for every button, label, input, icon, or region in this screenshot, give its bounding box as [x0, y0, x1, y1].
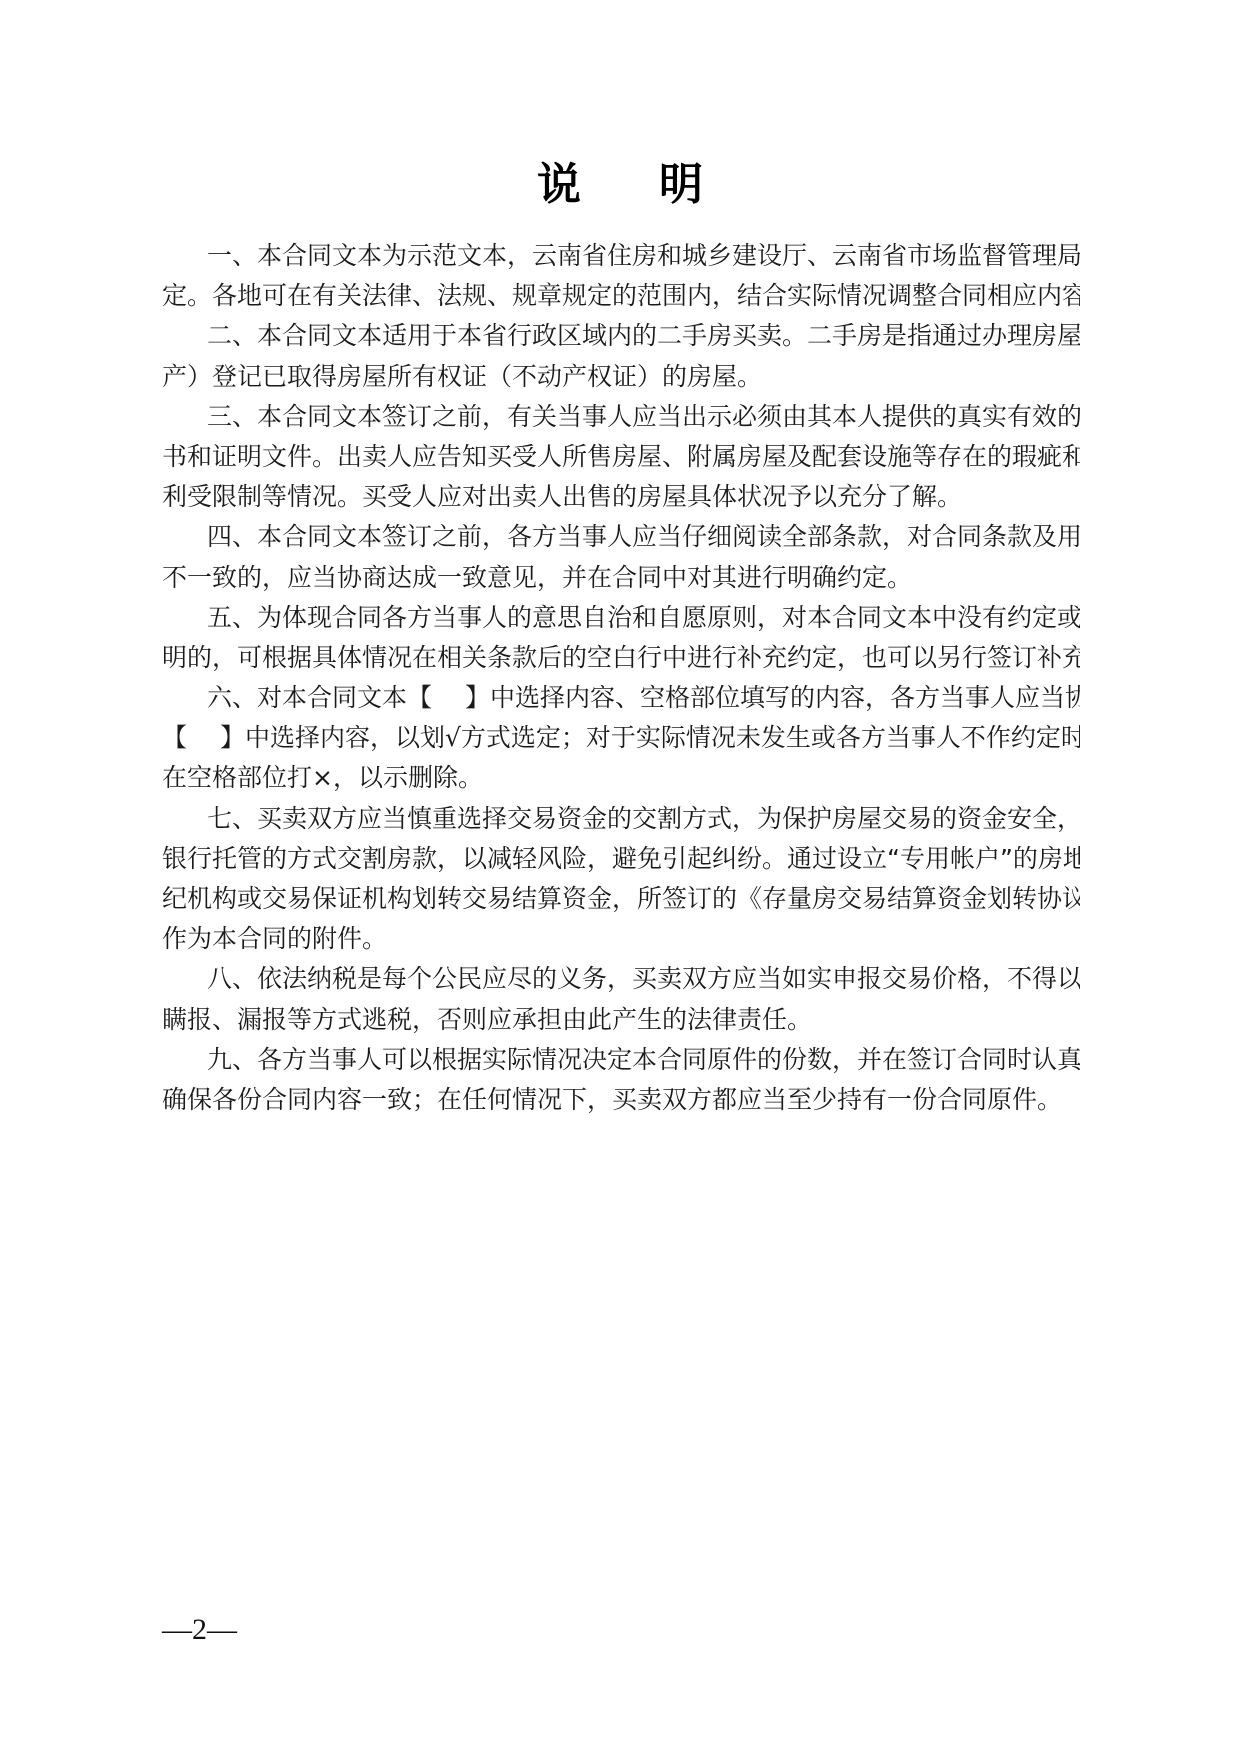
title-char-1: 说: [537, 159, 581, 210]
paragraph-line: 利受限制等情况。买受人应对出卖人出售的房屋具体状况予以充分了解。: [162, 477, 1080, 517]
paragraph-line: 作为本合同的附件。: [162, 919, 1080, 959]
paragraph-1: 一、本合同文本为示范文本，云南省住房和城乡建设厅、云南省市场监督管理局共同制 定…: [162, 236, 1080, 316]
paragraph-line: 六、对本合同文本【 】中选择内容、空格部位填写的内容，各方当事人应当协商确定。: [162, 678, 1080, 718]
paragraph-line: 四、本合同文本签订之前，各方当事人应当仔细阅读全部条款，对合同条款及用词理解: [162, 517, 1080, 557]
document-page: 说明 一、本合同文本为示范文本，云南省住房和城乡建设厅、云南省市场监督管理局共同…: [0, 0, 1240, 1754]
paragraph-line: 七、买卖双方应当慎重选择交易资金的交割方式，为保护房屋交易的资金安全，可选择: [162, 799, 1080, 839]
paragraph-line: 三、本合同文本签订之前，有关当事人应当出示必须由其本人提供的真实有效的有关证: [162, 397, 1080, 437]
paragraph-8: 八、依法纳税是每个公民应尽的义务，买卖双方应当如实申报交易价格，不得以低报、 瞒…: [162, 959, 1080, 1039]
paragraph-5: 五、为体现合同各方当事人的意思自治和自愿原则，对本合同文本中没有约定或约定不 明…: [162, 598, 1080, 678]
title-char-2: 明: [659, 159, 703, 210]
paragraph-line: 纪机构或交易保证机构划转交易结算资金，所签订的《存量房交易结算资金划转协议》应当: [162, 879, 1080, 919]
paragraph-line: 二、本合同文本适用于本省行政区域内的二手房买卖。二手房是指通过办理房屋（不动: [162, 316, 1080, 356]
paragraph-line: 【 】中选择内容，以划√方式选定；对于实际情况未发生或各方当事人不作约定时，应当: [162, 718, 1080, 758]
paragraph-line: 一、本合同文本为示范文本，云南省住房和城乡建设厅、云南省市场监督管理局共同制: [162, 236, 1080, 276]
paragraph-line: 九、各方当事人可以根据实际情况决定本合同原件的份数，并在签订合同时认真核对，: [162, 1040, 1080, 1080]
paragraph-6: 六、对本合同文本【 】中选择内容、空格部位填写的内容，各方当事人应当协商确定。 …: [162, 678, 1080, 799]
page-title: 说明: [0, 158, 1240, 212]
paragraph-line: 银行托管的方式交割房款，以减轻风险，避免引起纠纷。通过设立“专用帐户”的房地产经: [162, 839, 1080, 879]
paragraph-line: 书和证明文件。出卖人应告知买受人所售房屋、附属房屋及配套设施等存在的瑕疵和房屋权: [162, 437, 1080, 477]
paragraph-line: 明的，可根据具体情况在相关条款后的空白行中进行补充约定，也可以另行签订补充协议。: [162, 638, 1080, 678]
paragraph-2: 二、本合同文本适用于本省行政区域内的二手房买卖。二手房是指通过办理房屋（不动 产…: [162, 316, 1080, 396]
paragraph-7: 七、买卖双方应当慎重选择交易资金的交割方式，为保护房屋交易的资金安全，可选择 银…: [162, 799, 1080, 960]
paragraph-line: 定。各地可在有关法律、法规、规章规定的范围内，结合实际情况调整合同相应内容。: [162, 276, 1080, 316]
paragraph-line: 瞒报、漏报等方式逃税，否则应承担由此产生的法律责任。: [162, 1000, 1080, 1040]
paragraph-line: 不一致的，应当协商达成一致意见，并在合同中对其进行明确约定。: [162, 558, 1080, 598]
paragraph-line: 确保各份合同内容一致；在任何情况下，买卖双方都应当至少持有一份合同原件。: [162, 1080, 1080, 1120]
page-number: —2—: [162, 1610, 237, 1650]
paragraph-line: 在空格部位打×，以示删除。: [162, 758, 1080, 798]
paragraph-line: 八、依法纳税是每个公民应尽的义务，买卖双方应当如实申报交易价格，不得以低报、: [162, 959, 1080, 999]
paragraph-9: 九、各方当事人可以根据实际情况决定本合同原件的份数，并在签订合同时认真核对， 确…: [162, 1040, 1080, 1120]
paragraph-line: 五、为体现合同各方当事人的意思自治和自愿原则，对本合同文本中没有约定或约定不: [162, 598, 1080, 638]
paragraph-3: 三、本合同文本签订之前，有关当事人应当出示必须由其本人提供的真实有效的有关证 书…: [162, 397, 1080, 518]
instructions-body: 一、本合同文本为示范文本，云南省住房和城乡建设厅、云南省市场监督管理局共同制 定…: [162, 236, 1080, 1120]
paragraph-4: 四、本合同文本签订之前，各方当事人应当仔细阅读全部条款，对合同条款及用词理解 不…: [162, 517, 1080, 597]
paragraph-line: 产）登记已取得房屋所有权证（不动产权证）的房屋。: [162, 357, 1080, 397]
